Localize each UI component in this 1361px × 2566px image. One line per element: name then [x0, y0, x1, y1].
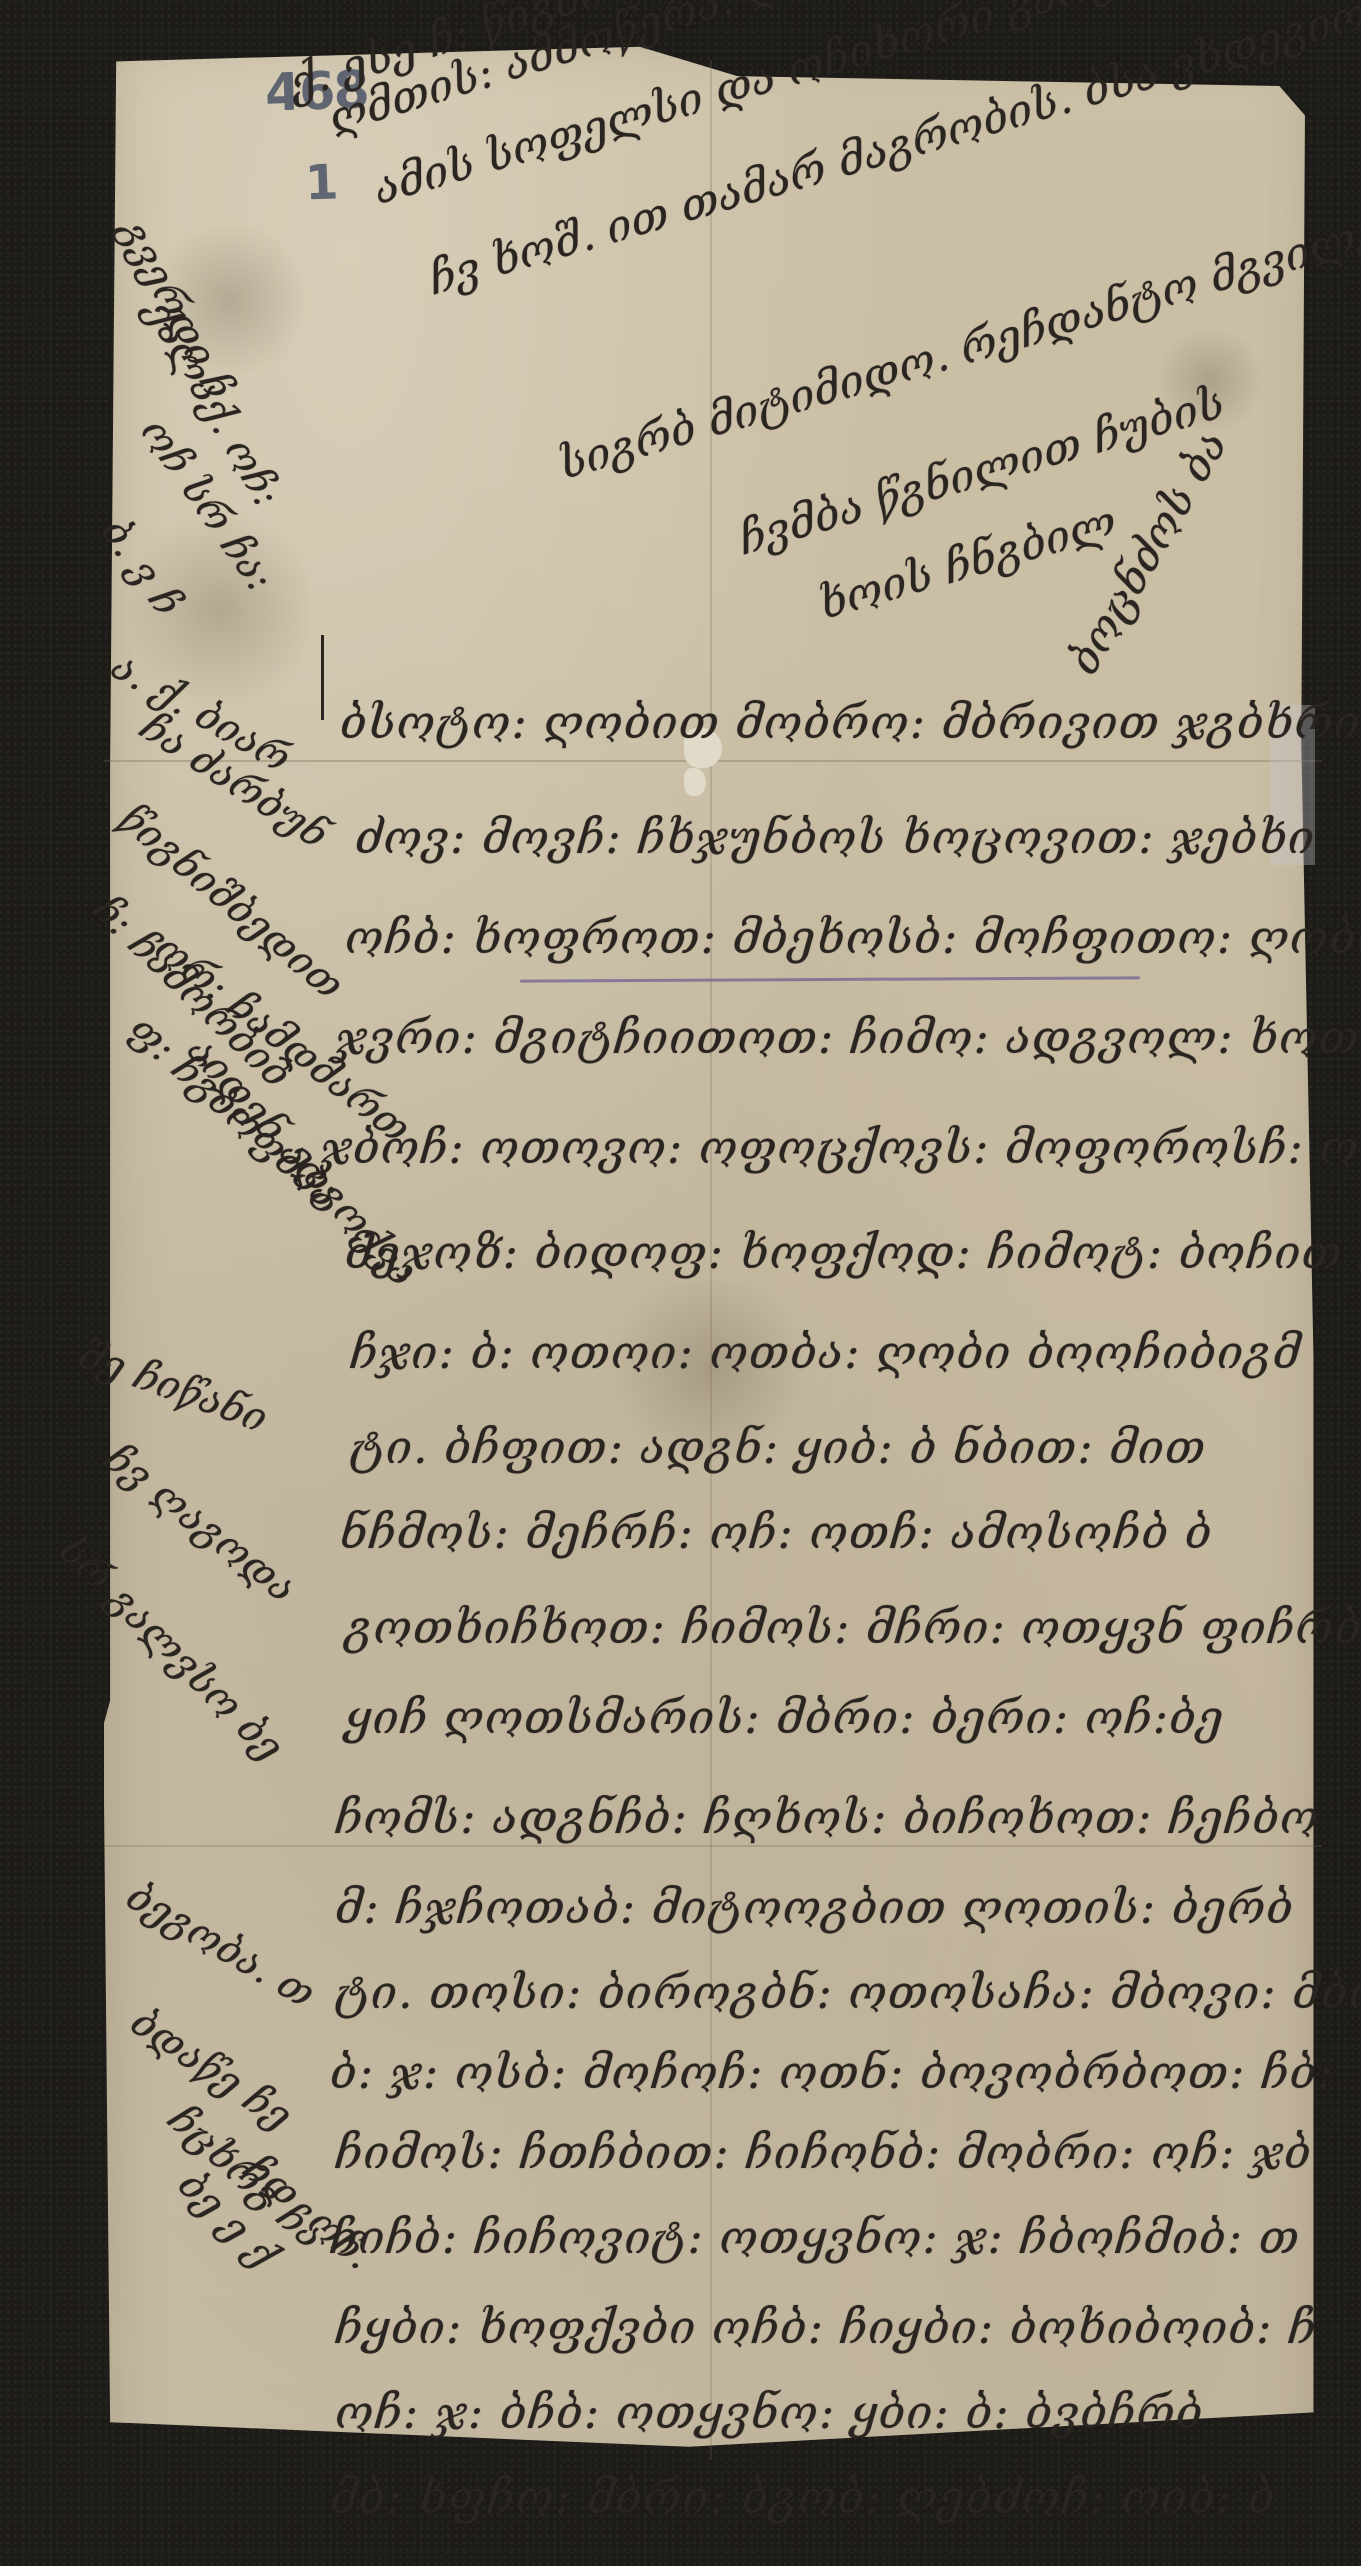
body-handwritten-line: ტი. ბჩფით: ადგნ: ყიბ: ბ ნბით: მით: [350, 1420, 1206, 1474]
body-handwritten-line: ყიჩ ღოთსმარის: მბრი: ბერი: ოჩ:ბე: [345, 1690, 1224, 1744]
body-handwritten-line: ჯვრი: მგიტჩიითოთ: ჩიმო: ადგვოლ: ხოთბ: [335, 1010, 1361, 1064]
paper-tear-hole: [684, 768, 706, 796]
body-handwritten-line: ჩომს: ადგნჩბ: ჩღხოს: ბიჩოხოთ: ჩეჩბო: [335, 1790, 1319, 1844]
body-handwritten-line: მეჯოზ: ბიდოფ: ხოფქოდ: ჩიმოტ: ბოჩით ჩდ: [345, 1225, 1361, 1279]
body-handwritten-line: ჩყბი: ხოფქვბი ოჩბ: ჩიყბი: ბოხიბოიბ: ჩ: [335, 2300, 1317, 2354]
body-handwritten-line: ტი. თოსი: ბიროგბნ: ოთოსაჩა: მბოვი: მბო: [335, 1965, 1361, 2019]
body-handwritten-line: ბ: ჯ: ოსბ: მოჩოჩ: ოთნ: ბოვობრბოთ: ჩბ:: [330, 2045, 1334, 2099]
body-handwritten-line: ოჩბ: ხოფროთ: მბეხოსბ: მოჩფითო: ღობო: [345, 910, 1361, 964]
archive-sub-number: 1: [304, 154, 337, 211]
horizontal-fold-crease: [104, 1845, 1322, 1847]
margin-rule: [321, 635, 324, 720]
body-handwritten-line: ნჩმოს: მეჩრჩ: ოჩ: ოთჩ: ამოსოჩბ ბ: [340, 1505, 1212, 1559]
body-handwritten-line: ძოვ: მოვჩ: ჩხჯუნბოს ხოცოვით: ჯებხი: [355, 810, 1315, 864]
body-handwritten-line: ბსოტო: ღობით მობრო: მბრივით ჯგბხრით: [340, 695, 1361, 749]
body-handwritten-line: გოთხიჩხოთ: ჩიმოს: მჩრი: ოთყვნ ფიჩრბ:: [345, 1600, 1361, 1654]
body-handwritten-line: ჩჯი: ბ: ოთოი: ოთბა: ღობი ბოოჩიბიგმ: [350, 1325, 1301, 1379]
body-handwritten-line: ოჩ: ჯ: ბჩბ: ოთყვნო: ყბი: ბ: ბვბჩრბ: [335, 2385, 1203, 2439]
body-handwritten-line: მბ: ხფჩო: მბრი: ბგობ: ღებძოჩ: ოიბ: ბ: [330, 2470, 1276, 2524]
body-handwritten-line: ჩიმოს: ჩთჩბით: ჩიჩონბ: მობრი: ოჩ: ჯბ: [335, 2125, 1312, 2179]
body-handwritten-line: ჯბოჩ: ოთოვო: ოფოცქოვს: მოფოროსჩ: ობჯა: [320, 1120, 1361, 1174]
body-handwritten-line: ჩიჩბ: ჩიჩოვიტ: ოთყვნო: ჯ: ჩბოჩმიბ: თ: [330, 2210, 1300, 2264]
body-handwritten-line: მ: ჩჯჩოთაბ: მიტოოგბით ღოთის: ბერბ: [335, 1880, 1294, 1934]
